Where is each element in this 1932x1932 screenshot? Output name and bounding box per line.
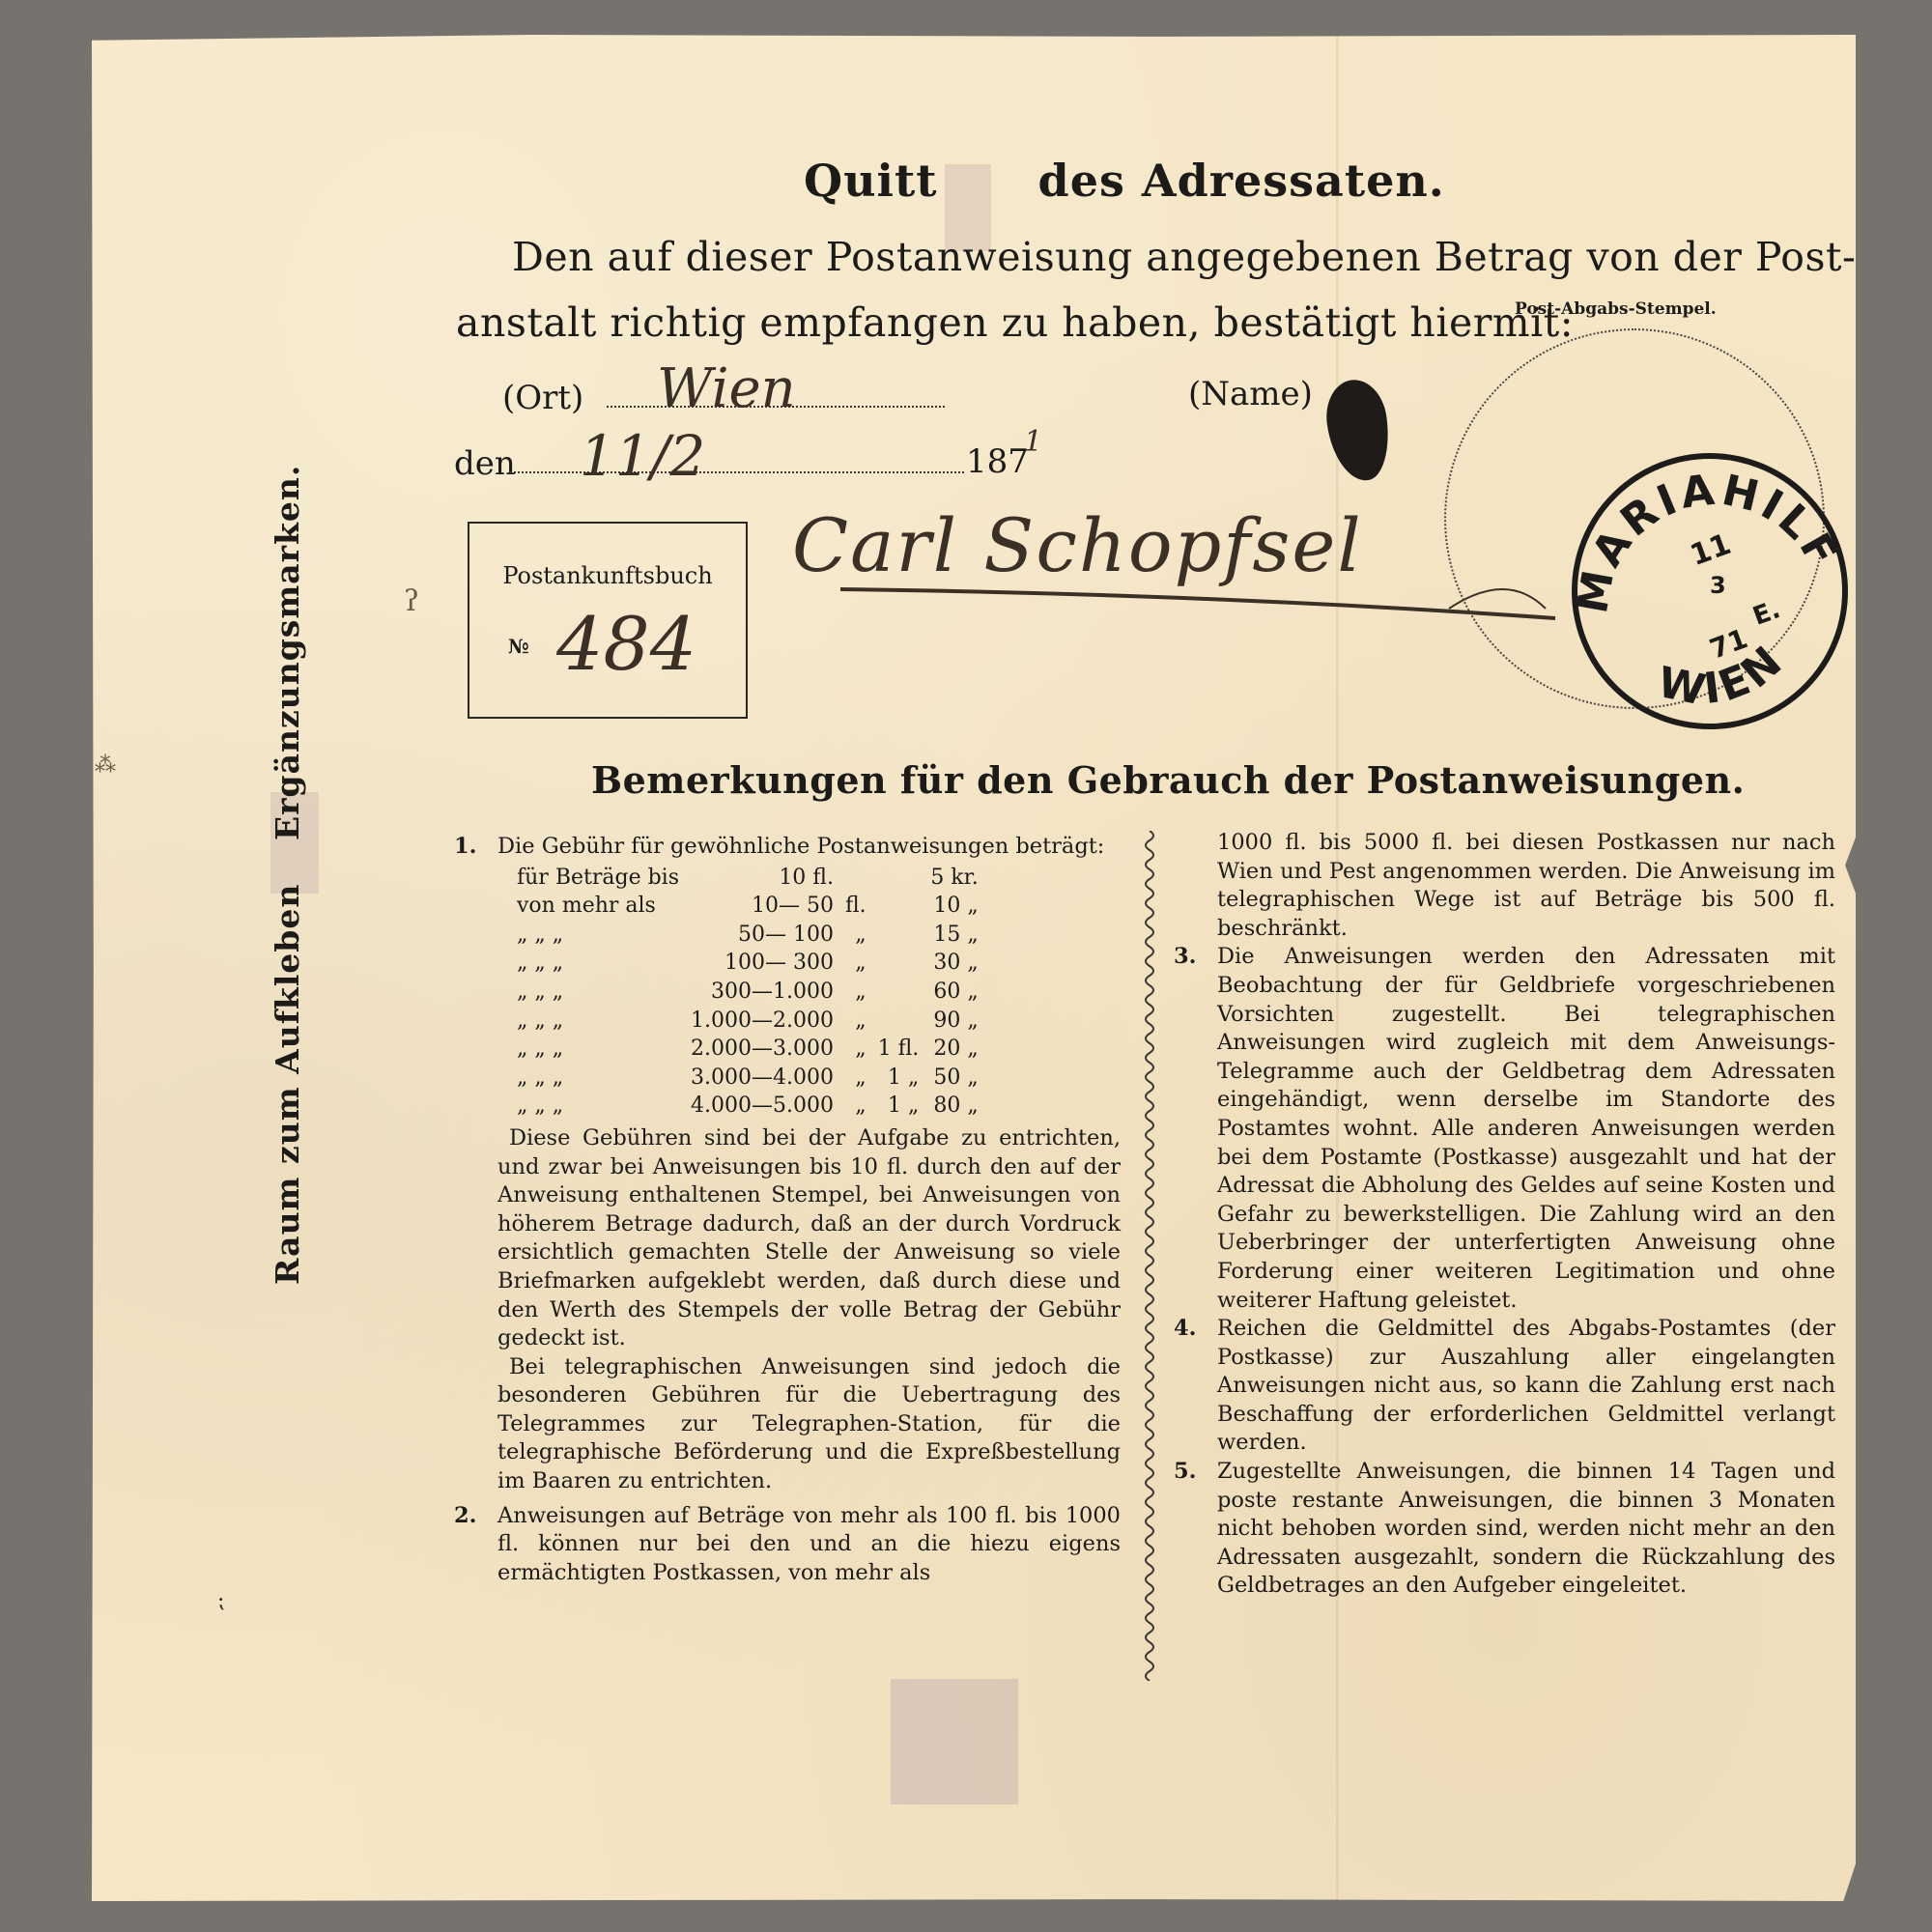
remarks-left-column: 1. Die Gebühr für gewöhnliche Postanweis… [454, 833, 1121, 1587]
fee-range: 2.000—3.000 [685, 1035, 839, 1064]
item-number: 3. [1174, 943, 1197, 972]
fee-range: 1.000—2.000 [685, 1007, 839, 1036]
fee-row: „ „ „300—1.000„60 „ [511, 978, 984, 1007]
fee-kr: 10 „ [924, 892, 983, 921]
item-number: 5. [1174, 1458, 1197, 1487]
item1-intro: Die Gebühr für gewöhnliche Postanweisung… [497, 833, 1121, 862]
fee-fl: 1 fl. [872, 1035, 925, 1064]
ort-label: (Ort) [502, 379, 583, 417]
item4-text: Reichen die Geldmittel des Abgabs-Postam… [1217, 1315, 1835, 1458]
remark-item-3: 3. Die Anweisungen werden den Adressaten… [1174, 943, 1835, 1315]
fee-unit: „ [839, 921, 872, 950]
fee-fl [872, 864, 925, 893]
receipt-title: Quitt des Adressaten. [804, 155, 1445, 207]
remark-item-2-cont: 1000 fl. bis 5000 fl. bei diesen Postkas… [1174, 829, 1835, 943]
fee-unit: „ [839, 978, 872, 1007]
title-part2: des Adressaten. [1038, 155, 1445, 207]
fee-prefix: „ „ „ [511, 1092, 685, 1121]
date-dotted-line [510, 452, 964, 473]
remarks-right-column: 1000 fl. bis 5000 fl. bei diesen Postkas… [1174, 829, 1835, 1601]
fee-table: für Beträge bis10 fl.5 kr.von mehr als10… [511, 864, 984, 1121]
ort-value: Wien [657, 357, 796, 420]
fee-kr: 5 kr. [924, 864, 983, 893]
postmark: MARIAHILF WIEN 11 3 E. 71 [1565, 446, 1855, 736]
fee-unit: „ [839, 1035, 872, 1064]
fee-fl [872, 921, 925, 950]
fee-range: 4.000—5.000 [685, 1092, 839, 1121]
margin-mark: ⁏ [217, 1589, 224, 1613]
fee-fl: 1 „ [872, 1064, 925, 1093]
postmark-month: 3 [1710, 572, 1726, 599]
item-number: 2. [454, 1502, 477, 1531]
item3-text: Die Anweisungen werden den Adressaten mi… [1217, 943, 1835, 1315]
fee-row: „ „ „1.000—2.000„90 „ [511, 1007, 984, 1036]
fee-prefix: „ „ „ [511, 1007, 685, 1036]
date-value: 11/2 [580, 423, 705, 489]
fee-kr: 30 „ [924, 949, 983, 978]
fee-range: 10 fl. [685, 864, 839, 893]
fee-fl [872, 978, 925, 1007]
fee-row: „ „ „3.000—4.000„1 „50 „ [511, 1064, 984, 1093]
remark-item-5: 5. Zugestellte Anweisungen, die binnen 1… [1174, 1458, 1835, 1601]
fee-row: für Beträge bis10 fl.5 kr. [511, 864, 984, 893]
fee-unit: „ [839, 1007, 872, 1036]
remark-item-4: 4. Reichen die Geldmittel des Abgabs-Pos… [1174, 1315, 1835, 1458]
fee-unit: „ [839, 1092, 872, 1121]
stamp-remnant-bottom [891, 1679, 1018, 1804]
fee-row: „ „ „100— 300„30 „ [511, 949, 984, 978]
fee-range: 300—1.000 [685, 978, 839, 1007]
stamp-label: Post-Abgabs-Stempel. [1515, 299, 1717, 319]
fee-range: 3.000—4.000 [685, 1064, 839, 1093]
margin-mark: ⁂ [95, 753, 116, 778]
fee-row: „ „ „2.000—3.000„1 fl.20 „ [511, 1035, 984, 1064]
fee-kr: 50 „ [924, 1064, 983, 1093]
lead-line-1: Den auf dieser Postanweisung angegebenen… [512, 234, 1856, 280]
year-prefix: 187 [966, 442, 1029, 481]
fee-kr: 80 „ [924, 1092, 983, 1121]
wavy-column-divider [1140, 831, 1159, 1681]
fee-fl [872, 949, 925, 978]
fee-row: „ „ „4.000—5.000„1 „80 „ [511, 1092, 984, 1121]
den-label: den [454, 444, 516, 483]
fee-fl [872, 892, 925, 921]
item-number: 4. [1174, 1315, 1197, 1344]
fee-kr: 15 „ [924, 921, 983, 950]
remark-item-1: 1. Die Gebühr für gewöhnliche Postanweis… [454, 833, 1121, 1496]
fee-range: 50— 100 [685, 921, 839, 950]
margin-mark: ʔ [404, 584, 419, 618]
item2-text-right: 1000 fl. bis 5000 fl. bei diesen Postkas… [1217, 829, 1835, 943]
fee-prefix: „ „ „ [511, 1064, 685, 1093]
item1-para1: Diese Gebühren sind bei der Aufgabe zu e… [497, 1124, 1121, 1353]
ledger-number: 484 [556, 601, 696, 687]
fee-prefix: für Beträge bis [511, 864, 685, 893]
fee-range: 10— 50 [685, 892, 839, 921]
year-suffix: 1 [1024, 425, 1042, 459]
fee-unit: „ [839, 1064, 872, 1093]
remark-item-2: 2. Anweisungen auf Beträge von mehr als … [454, 1502, 1121, 1588]
item2-text-left: Anweisungen auf Beträge von mehr als 100… [497, 1502, 1121, 1588]
lead-line-2: anstalt richtig empfangen zu haben, best… [456, 299, 1574, 346]
fee-fl [872, 1007, 925, 1036]
side-text-part2: Ergänzungsmarken. [269, 465, 306, 840]
fee-prefix: „ „ „ [511, 949, 685, 978]
fee-prefix: „ „ „ [511, 1035, 685, 1064]
title-part1: Quitt [804, 155, 938, 207]
fee-unit: „ [839, 949, 872, 978]
item1-para2: Bei telegraphischen Anweisungen sind jed… [497, 1353, 1121, 1496]
fee-prefix: „ „ „ [511, 978, 685, 1007]
item-number: 1. [454, 833, 477, 862]
fee-prefix: „ „ „ [511, 921, 685, 950]
fee-kr: 90 „ [924, 1007, 983, 1036]
ledger-number-prefix: № [508, 635, 529, 658]
item5-text: Zugestellte Anweisungen, die binnen 14 T… [1217, 1458, 1835, 1601]
ledger-box: Postankunftsbuch № 484 [468, 522, 748, 719]
fee-unit: fl. [839, 892, 872, 921]
fee-kr: 60 „ [924, 978, 983, 1007]
fee-fl: 1 „ [872, 1092, 925, 1121]
fee-kr: 20 „ [924, 1035, 983, 1064]
fee-row: von mehr als10— 50fl.10 „ [511, 892, 984, 921]
fee-prefix: von mehr als [511, 892, 685, 921]
fee-unit [839, 864, 872, 893]
side-text-part1: Raum zum Aufkleben [269, 884, 306, 1285]
name-label: (Name) [1188, 375, 1313, 413]
remarks-title: Bemerkungen für den Gebrauch der Postanw… [591, 758, 1745, 802]
fee-row: „ „ „50— 100„15 „ [511, 921, 984, 950]
fee-range: 100— 300 [685, 949, 839, 978]
ledger-label: Postankunftsbuch [469, 562, 746, 589]
